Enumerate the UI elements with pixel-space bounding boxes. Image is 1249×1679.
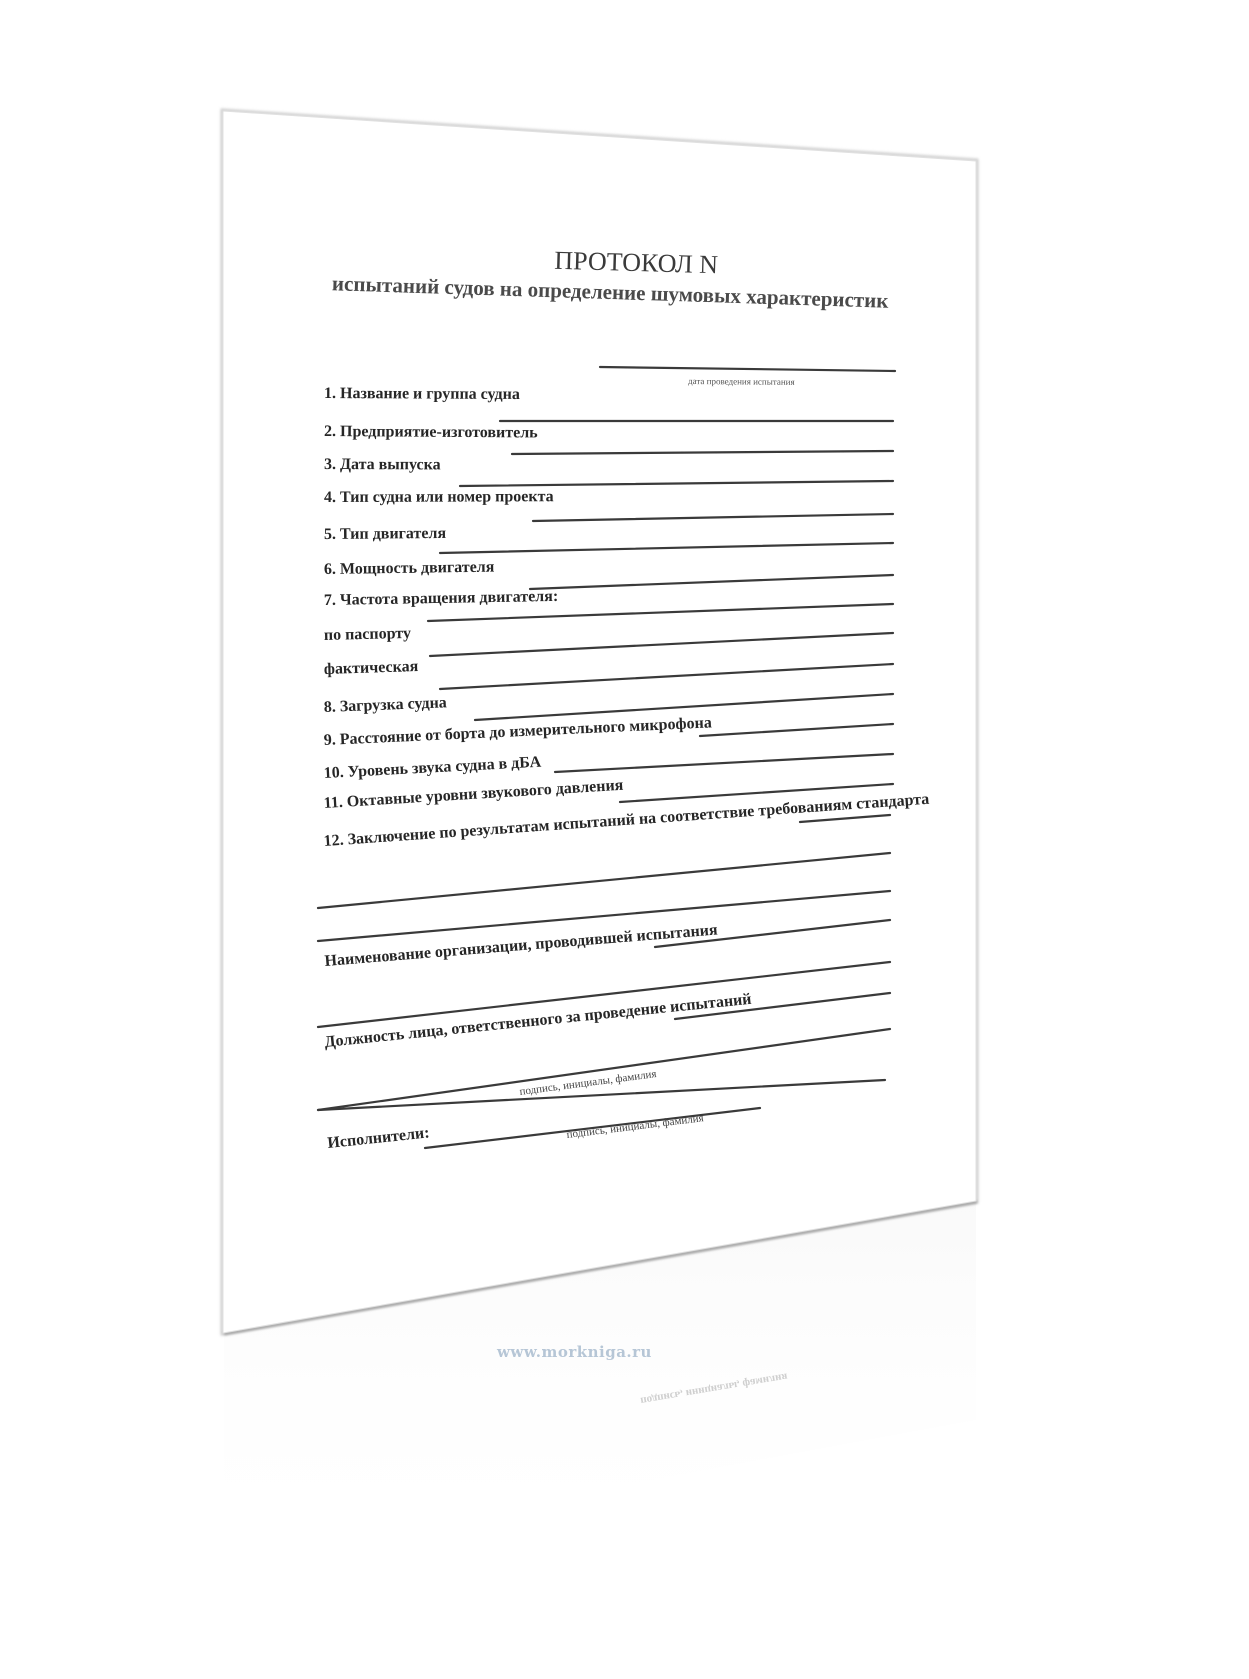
field-label: 2. Предприятие-изготовитель	[324, 423, 538, 441]
field-label: 4. Тип судна или номер проекта	[324, 488, 554, 506]
date-caption: дата проведения испытания	[688, 376, 795, 387]
field-label: 3. Дата выпуска	[324, 456, 441, 473]
document-title: ПРОТОКОЛ N	[554, 246, 719, 280]
product-preview: подпись, инициалы, фамилия ПРОТОКОЛ N ис…	[0, 0, 1249, 1679]
field-label: фактическая	[324, 658, 419, 678]
field-label: 5. Тип двигателя	[324, 525, 447, 543]
watermark: www.morkniga.ru	[496, 1343, 652, 1361]
field-label: 6. Мощность двигателя	[324, 559, 495, 578]
field-label: 1. Название и группа судна	[324, 385, 520, 403]
field-label: по паспорту	[324, 625, 411, 644]
